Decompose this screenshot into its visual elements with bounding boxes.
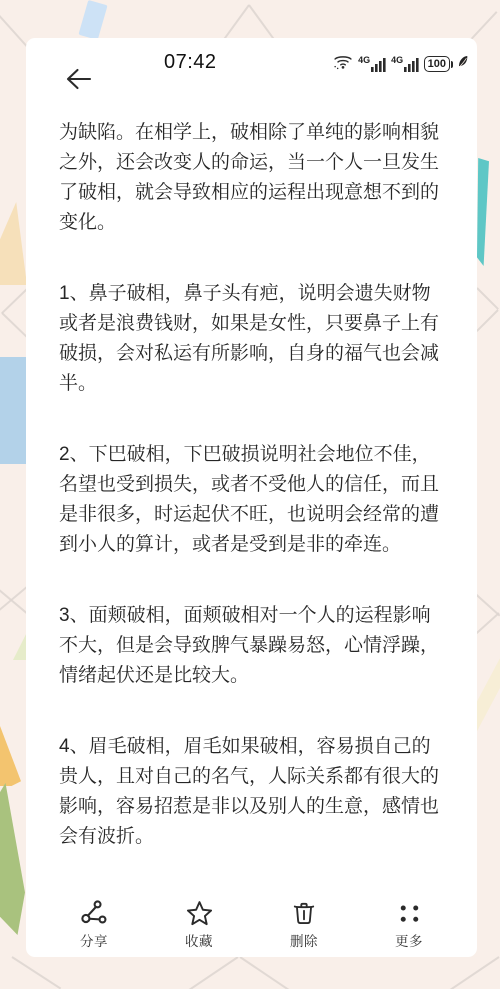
star-icon (186, 900, 213, 926)
decor-line (248, 4, 275, 41)
eco-leaf-icon (458, 55, 468, 73)
article-paragraph: 2、下巴破相，下巴破损说明社会地位不佳， 名望也受到损失，或者不受他人的信任，而… (59, 440, 444, 560)
article-paragraph: 1、鼻子破相，鼻子头有疤，说明会遗失财物 或者是浪费钱财，如果是女性，只要鼻子上… (59, 279, 444, 399)
network-type-label: 4G (391, 56, 403, 65)
back-button[interactable] (62, 65, 96, 93)
decor-line (1, 312, 28, 338)
decor-orange-triangle (0, 726, 21, 786)
phone-screen-card: 07:42 4G (26, 38, 477, 957)
network-type-label: 4G (358, 56, 370, 65)
decor-line (476, 287, 499, 310)
battery-percent-text: 100 (424, 56, 449, 72)
toolbar-item-label: 更多 (395, 930, 423, 950)
decor-line (1, 288, 28, 314)
more-button[interactable]: 更多 (377, 897, 441, 953)
toolbar-item-label: 收藏 (185, 930, 213, 950)
decor-line (186, 956, 239, 989)
decor-green-triangle (0, 783, 25, 935)
signal-4g-icon: 4G (391, 56, 419, 72)
decor-blue-slant (78, 0, 107, 40)
decor-line (476, 309, 499, 332)
bottom-toolbar: 分享 收藏 删除 (26, 897, 477, 953)
decor-line (11, 956, 61, 989)
battery-indicator: 100 (424, 56, 453, 72)
toolbar-item-label: 分享 (80, 930, 108, 950)
share-button[interactable]: 分享 (62, 897, 126, 953)
favorite-button[interactable]: 收藏 (167, 897, 231, 953)
battery-nub (451, 61, 454, 68)
decor-line (239, 956, 292, 989)
signal-4g-icon: 4G (358, 56, 386, 72)
delete-button[interactable]: 删除 (272, 897, 336, 953)
wifi-icon (333, 53, 353, 75)
decor-line (449, 956, 500, 989)
clock-text: 07:42 (164, 51, 217, 74)
decor-teal-triangle (477, 158, 489, 266)
article-paragraph: 为缺陷。在相学上，破相除了单纯的影响相貌 之外，还会改变人的命运，当一个人一旦发… (59, 118, 444, 238)
article: 为缺陷。在相学上，破相除了单纯的影响相貌 之外，还会改变人的命运，当一个人一旦发… (26, 118, 477, 852)
decor-sand-triangle (0, 202, 27, 285)
share-icon (81, 900, 108, 926)
more-dots-icon (397, 900, 422, 926)
article-paragraph: 4、眉毛破相，眉毛如果破相，容易损自己的 贵人，且对自己的名气，人际关系都有很大… (59, 732, 444, 852)
toolbar-item-label: 删除 (290, 930, 318, 950)
arrow-left-icon (62, 78, 94, 95)
trash-icon (291, 900, 317, 926)
article-paragraph: 3、面颊破相，面颊破相对一个人的运程影响 不大，但是会导致脾气暴躁易怒，心情浮躁… (59, 601, 444, 691)
decor-line (222, 4, 249, 41)
decor-blue-rect (0, 357, 26, 464)
